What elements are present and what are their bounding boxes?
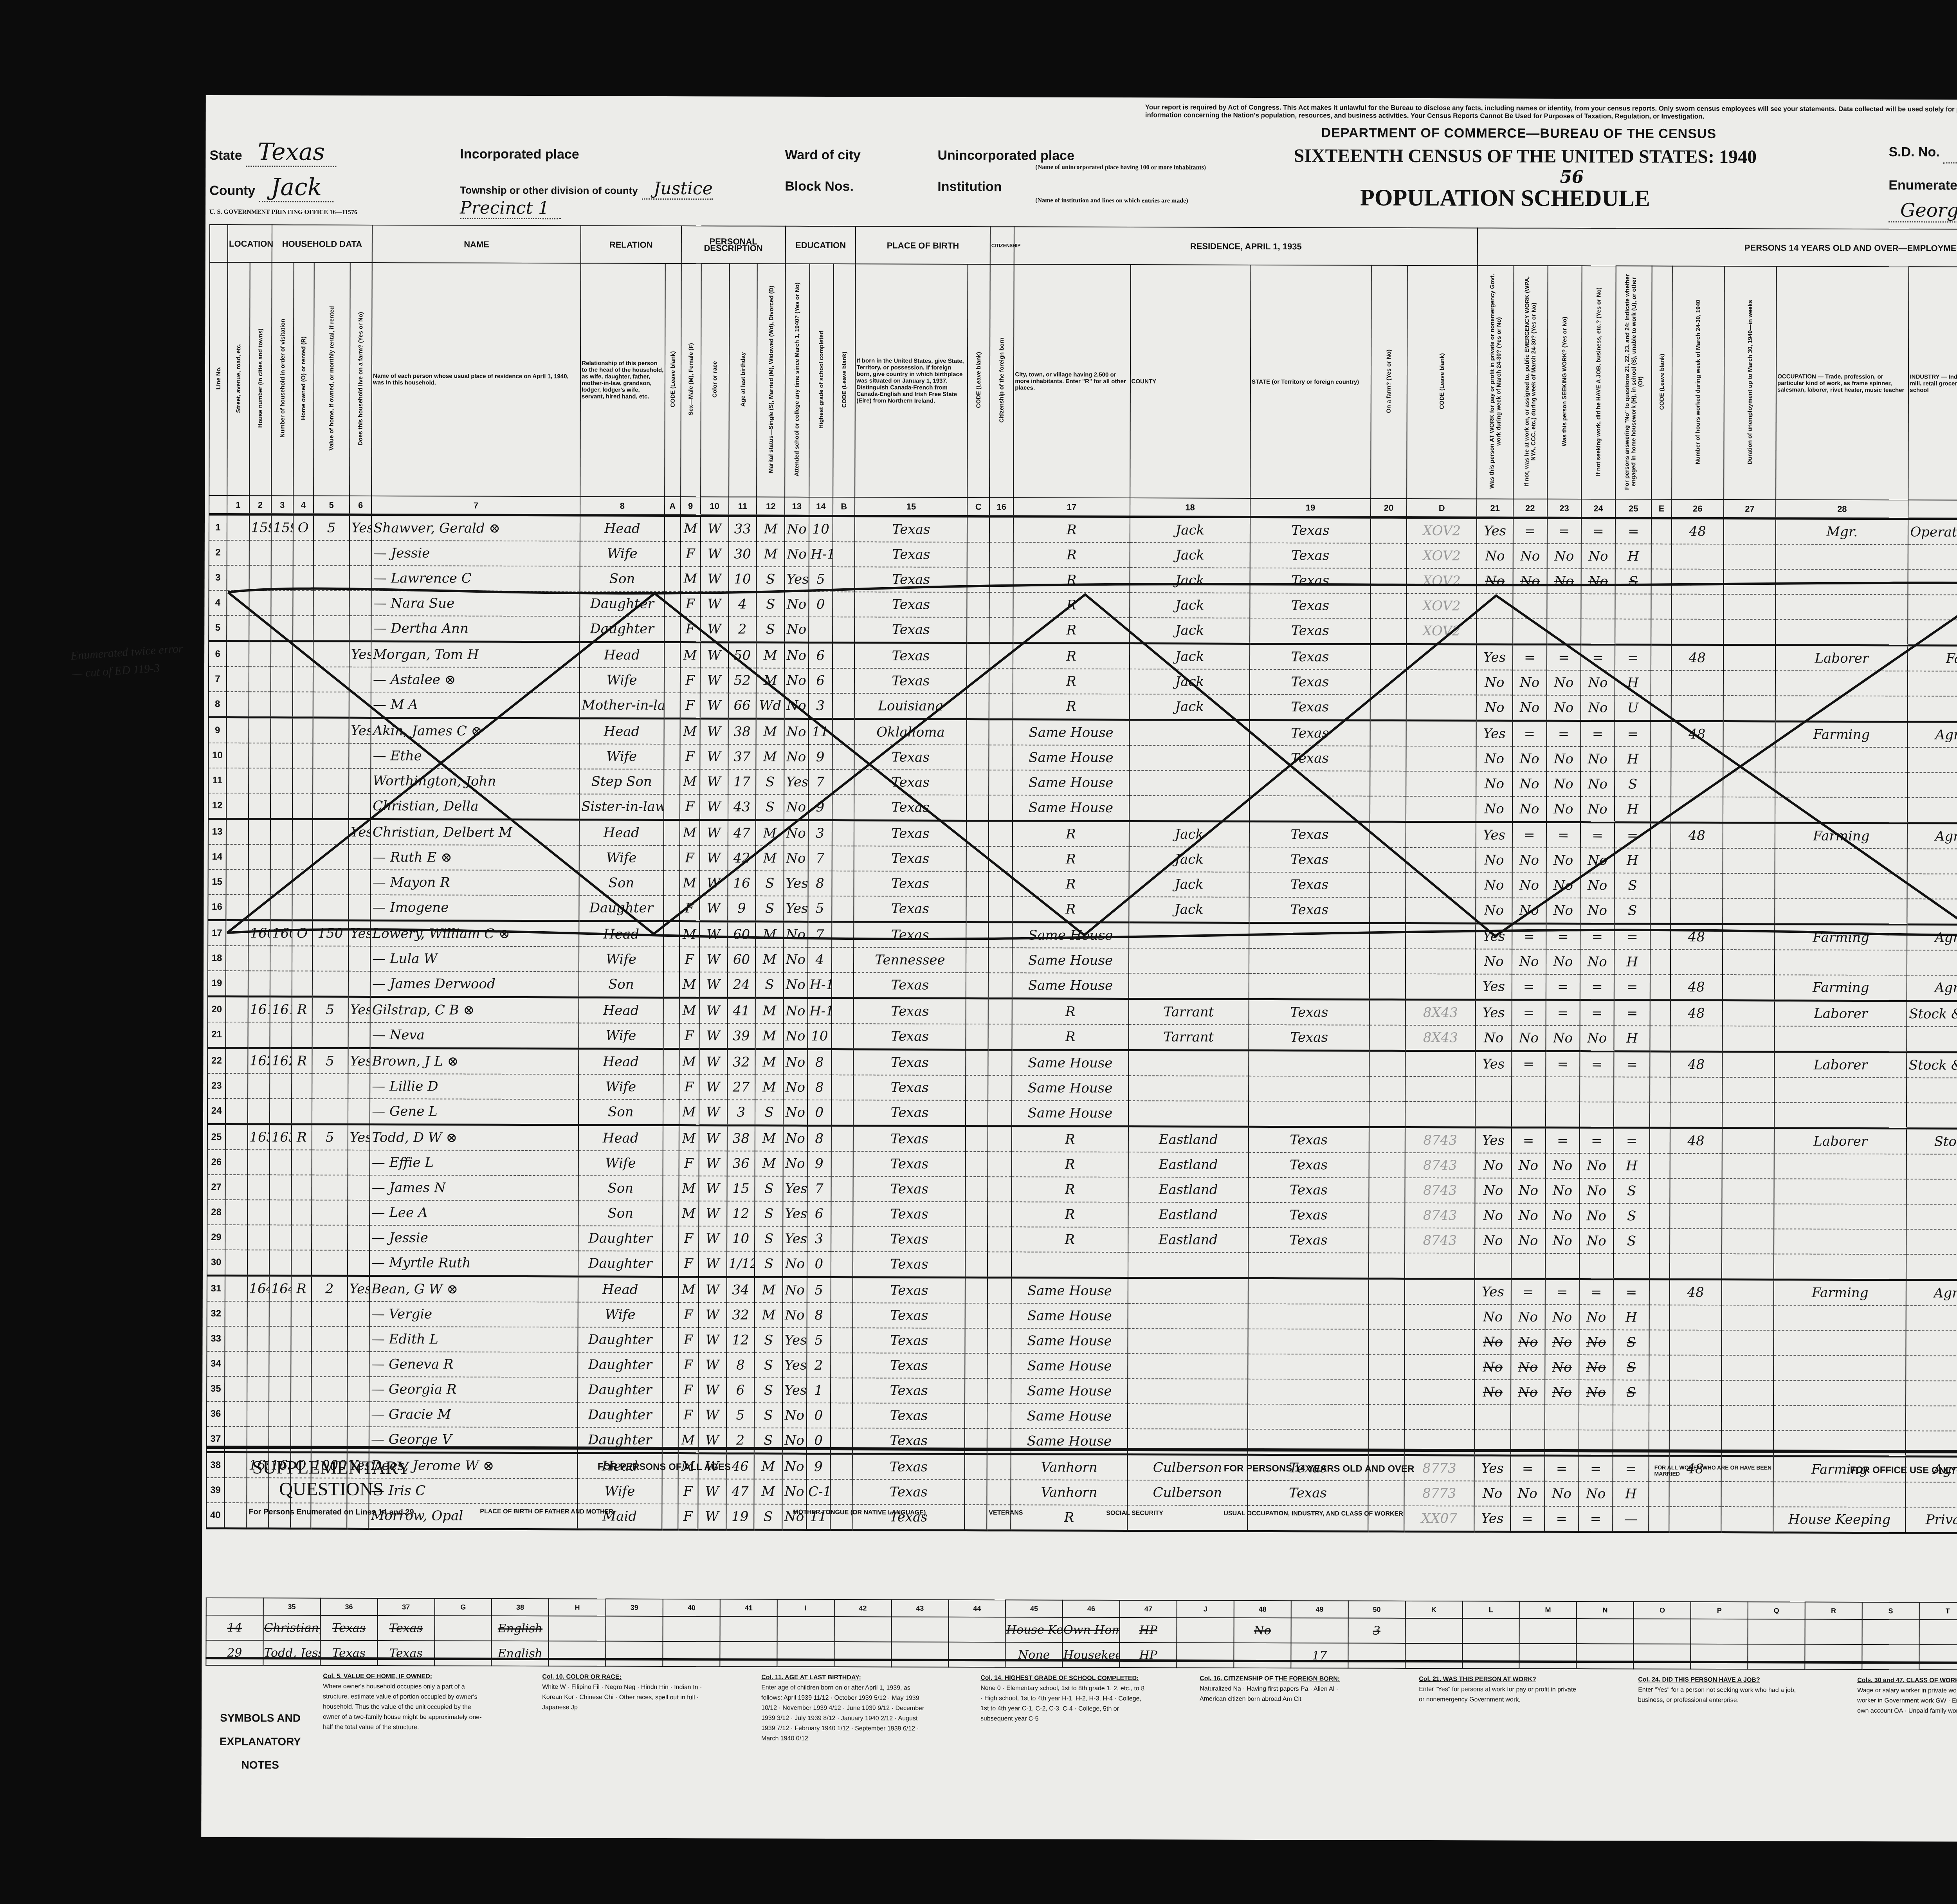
cell-value: 5 [313,515,349,541]
column-number: 19 [1250,498,1371,517]
cell-code-b [832,922,854,948]
cell-age: 33 [728,516,757,541]
cell-job [1581,619,1615,645]
supp-cell-occupation: House Keeper [1006,1617,1063,1642]
cell-seeking: = [1546,974,1580,1000]
cell-house-no [247,1225,270,1250]
cell-res-state [1248,1253,1369,1278]
cell-emergency: No [1511,1228,1545,1253]
unincorporated-note: (Name of unincorporated place having 100… [1035,164,1206,171]
supp-cell-mother: Texas [377,1616,434,1641]
cell-occupation: Farming [1774,1280,1906,1305]
cell-school: No [784,921,808,947]
cell-emergency: = [1512,721,1546,746]
cell-res-state [1249,796,1370,822]
cell-activity: H [1613,1305,1649,1330]
cell-emergency [1512,1102,1546,1128]
cell-code-c [967,694,989,719]
cell-job: = [1579,1279,1613,1305]
cell-relation: Head [579,820,663,846]
cell-job: = [1580,822,1615,848]
cell-sex: F [680,541,700,566]
cell-job: No [1580,848,1615,873]
cell-code-b [833,668,855,693]
cell-weeks-unemployed [1722,1280,1774,1305]
cell-birthplace: Texas [855,617,967,643]
cell-tenure [292,1022,312,1048]
cell-value [312,1099,348,1125]
cell-grade: 5 [807,1328,831,1353]
supp-column-number: 41 [720,1599,777,1616]
cell-line-no: 24 [207,1098,225,1124]
enumerated-date-field: Enumerated by me on23 April, 1940. [1889,168,1957,196]
supp-column-number: I [777,1599,834,1617]
cell-res-farm [1370,796,1406,822]
supp-cell-children: 3 [1348,1618,1405,1643]
cell-household-no: 159 [271,514,294,540]
cell-activity: H [1615,848,1651,873]
cell-code-b [831,1328,853,1353]
cell-tenure: O [293,514,313,540]
cell-code-b [831,1151,854,1176]
cell-farm: Yes [349,718,371,743]
cell-seeking: No [1546,873,1580,898]
cell-code-c [967,516,989,542]
cell-street [225,1326,247,1351]
cell-work: Yes [1476,644,1512,670]
cell-household-no [270,1073,292,1098]
cell-line-no: 34 [207,1351,225,1376]
cell-street [225,1301,247,1326]
cell-res-county [1128,973,1249,999]
cell-res-county [1128,1329,1248,1354]
cell-work: No [1476,873,1512,898]
cell-occupation [1773,1405,1906,1431]
header-marital: Marital status—Single (S), Married (M), … [757,264,785,497]
cell-res-farm [1369,1228,1405,1253]
cell-birthplace: Texas [853,1328,965,1353]
note-heading: Col. 24. DID THIS PERSON HAVE A JOB? [1638,1675,1802,1685]
cell-res-city: R [1013,592,1130,618]
cell-race: W [699,1023,727,1049]
header-birthplace: If born in the United States, give State… [855,264,968,498]
cell-weeks-unemployed [1724,518,1776,544]
cell-job: No [1581,569,1615,594]
cell-industry [1908,747,1957,773]
cell-name: Christian, Delbert M [371,819,579,845]
cell-name: Morgan, Tom H [371,641,580,667]
header-citizenship: Citizenship of the foreign born [989,264,1014,498]
cell-work: No [1475,1354,1511,1379]
cell-race: W [699,1049,727,1075]
cell-res-farm [1370,695,1406,721]
cell-code-d [1406,771,1476,796]
cell-res-farm [1368,1379,1404,1405]
header-res-city: City, town, or village having 2,500 or m… [1013,264,1130,498]
cell-house-no: 159 [249,514,271,540]
cell-res-state: Texas [1248,1228,1369,1253]
cell-weeks-unemployed [1723,619,1775,645]
column-number: D [1407,499,1477,517]
cell-name: — Jessie [369,1225,578,1251]
cell-house-no [248,971,270,997]
cell-value [312,1022,348,1048]
cell-grade: 6 [809,642,833,668]
cell-relation: Mother-in-law [580,692,664,718]
cell-emergency: No [1511,1330,1545,1355]
cell-seeking [1545,1405,1579,1430]
cell-tenure [292,946,312,971]
supp-column-number: K [1405,1601,1462,1618]
cell-grade: 4 [808,947,832,972]
cell-res-county: Jack [1129,669,1250,694]
header-code-d: CODE (Leave blank) [1407,265,1478,499]
cell-occupation [1775,898,1907,924]
cell-code-b [832,846,854,871]
cell-age: 8 [726,1352,755,1378]
cell-race: W [700,668,728,693]
cell-relation: Head [580,515,664,541]
cell-hours [1670,898,1723,924]
cell-res-state [1248,1379,1368,1405]
column-number: 4 [293,496,313,514]
cell-res-state: Texas [1249,872,1370,898]
cell-birthplace: Texas [854,972,966,998]
cell-code-e [1651,518,1671,544]
cell-marital: M [756,668,784,693]
cell-value [312,819,348,845]
cell-farm [348,845,371,870]
cell-line-no: 4 [209,590,227,615]
cell-industry [1906,1356,1957,1381]
cell-age: 50 [728,642,757,668]
cell-race: W [700,642,728,668]
cell-relation: Daughter [578,1402,662,1428]
cell-res-county [1129,720,1250,746]
header-household-no: Number of household in order of visitati… [271,262,294,496]
cell-work: Yes [1476,923,1512,949]
cell-sex: M [679,921,699,947]
cell-relation: Step Son [579,769,663,794]
cell-code-b [833,693,855,719]
cell-res-state [1248,1278,1369,1304]
cell-seeking: No [1545,1203,1579,1228]
cell-relation: Daughter [578,1226,662,1251]
state-field: StateTexas [209,138,337,166]
cell-grade: 8 [807,1049,832,1075]
cell-code-b [833,617,855,643]
header-grade: Highest grade of school completed [809,264,834,497]
column-number: 11 [729,497,757,516]
cell-code-e [1651,619,1671,645]
cell-line-no: 30 [207,1250,225,1276]
supp-cell-language: English [492,1616,549,1641]
cell-name: — Gene L [370,1099,578,1125]
cell-code-b [832,896,854,922]
cell-line-no: 9 [209,717,227,743]
cell-name: — Georgia R [369,1377,578,1402]
column-number: B [833,497,855,516]
cell-emergency: = [1511,1279,1545,1305]
cell-grade: 6 [808,668,833,693]
cell-seeking: = [1546,822,1580,848]
cell-farm [348,1200,370,1225]
cell-code-c [965,1353,988,1378]
cell-household-no [270,894,292,920]
cell-res-state: Texas [1248,1203,1369,1228]
cell-hours [1671,797,1723,823]
cell-industry [1907,1229,1957,1255]
cell-birthplace: Texas [854,871,966,896]
cell-house-no [249,667,271,692]
cell-name: — Neva [370,1022,579,1049]
cell-res-farm [1371,517,1407,543]
cell-res-county: Jack [1130,618,1250,644]
cell-code-e [1651,822,1670,848]
cell-marital: S [755,1226,783,1251]
cell-emergency: No [1511,1380,1545,1405]
cell-birthplace: Louisiana [854,693,967,719]
column-number: 21 [1477,499,1513,517]
cell-industry [1908,570,1957,595]
cell-res-state: Texas [1250,543,1371,568]
cell-tenure [293,590,313,615]
supp-column-number: L [1462,1601,1519,1618]
cell-household-no [270,869,292,894]
cell-code-a [663,896,679,921]
cell-grade: 6 [807,1201,831,1226]
note-block: Col. 24. DID THIS PERSON HAVE A JOB?Ente… [1638,1675,1802,1706]
cell-birthplace: Texas [853,1100,966,1126]
cell-value [312,1150,348,1175]
cell-race: W [701,516,729,541]
cell-code-e [1650,1102,1670,1128]
cell-value [311,1327,347,1352]
cell-res-county [1129,948,1249,974]
cell-household-no: 160 [270,920,292,946]
cell-job: No [1580,1026,1614,1051]
header-industry: INDUSTRY — Industry or business, as cott… [1908,267,1957,500]
cell-name: Akin, James C ⊗ [371,718,580,744]
cell-household-no [269,1175,292,1200]
cell-code-a [664,642,680,668]
cell-code-d [1404,1354,1475,1379]
cell-code-e [1649,1380,1669,1405]
column-number: 17 [1013,498,1130,517]
cell-marital: M [755,1277,783,1303]
cell-farm [349,692,371,718]
cell-code-e [1649,1305,1669,1330]
cell-code-e [1649,1229,1669,1254]
cell-weeks-unemployed [1723,924,1775,950]
cell-farm: Yes [349,819,371,845]
cell-work: No [1475,1329,1511,1354]
cell-code-c [967,770,989,795]
note-heading: Col. 14. HIGHEST GRADE OF SCHOOL COMPLET… [980,1673,1145,1684]
header-work: Was this person AT WORK for pay or profi… [1477,265,1514,499]
cell-code-c [966,820,989,846]
cell-code-e [1651,898,1670,924]
cell-res-city: Same House [1011,1278,1128,1304]
cell-industry [1907,1179,1957,1204]
cell-hours: 48 [1670,1000,1722,1026]
header-emergency: If not, was he at work on, or assigned t… [1513,266,1548,499]
cell-line-no: 19 [208,971,226,997]
cell-name: — Vergie [369,1302,578,1327]
cell-res-county [1129,745,1250,771]
cell-res-state [1249,923,1370,948]
supp-cell-father: Texas [320,1616,377,1641]
cell-res-city: Same House [1012,922,1128,948]
cell-age: 38 [727,1125,755,1151]
cell-occupation [1773,1355,1906,1381]
cell-weeks-unemployed [1723,848,1775,873]
cell-emergency: No [1512,949,1546,974]
cell-weeks-unemployed [1721,1330,1773,1355]
cell-age: 15 [727,1176,755,1201]
cell-emergency: No [1512,848,1546,873]
cell-marital: M [756,846,784,871]
cell-res-state [1248,1304,1369,1329]
cell-industry: Agriculture [1907,823,1957,849]
cell-relation: Daughter [578,1377,662,1403]
cell-code-c [967,617,989,643]
supp-cell-name: Christian, Ruth [263,1615,320,1640]
cell-activity: H [1614,1026,1650,1051]
column-number: 26 [1672,499,1724,518]
cell-house-no [247,1250,269,1276]
cell-hours: 48 [1670,924,1723,950]
cell-res-county [1128,1076,1249,1101]
cell-farm: Yes [349,641,371,667]
cell-code-e [1649,1254,1669,1280]
cell-occupation [1774,1330,1906,1356]
cell-school: No [784,668,809,693]
cell-relation: Son [579,972,663,997]
cell-code-b [831,1075,854,1100]
cell-relation: Sister-in-law [579,794,663,820]
cell-street [225,1175,248,1200]
printing-office-note: U. S. GOVERNMENT PRINTING OFFICE 16—1157… [209,209,357,216]
cell-marital: Wd [756,693,784,719]
cell-res-state [1249,1101,1369,1127]
cell-house-no: 162 [248,1048,270,1074]
cell-marital: M [755,1024,784,1049]
cell-race: W [699,921,728,947]
cell-citizenship [989,592,1013,617]
cell-line-no: 3 [209,565,227,590]
cell-citizenship [987,1303,1011,1328]
cell-res-city: R [1012,1024,1128,1050]
cell-seeking: No [1545,1305,1579,1330]
cell-code-d [1406,898,1476,923]
cell-res-county [1128,1278,1248,1304]
cell-activity: S [1615,873,1651,898]
cell-code-b [831,1378,853,1403]
cell-hours [1670,1179,1722,1204]
cell-code-d [1406,796,1476,822]
cell-work: No [1476,898,1512,923]
cell-work [1475,1253,1511,1279]
cell-work: No [1476,746,1512,771]
cell-weeks-unemployed [1723,569,1775,594]
cell-job [1580,1102,1614,1128]
cell-school: No [784,820,808,846]
cell-res-farm [1369,1025,1405,1051]
column-number: A [665,497,681,516]
cell-birthplace: Oklahoma [854,719,967,745]
column-number: 7 [371,496,580,515]
cell-race: W [698,1352,726,1378]
cell-code-a [663,1075,679,1100]
column-number: 22 [1513,499,1547,518]
column-number: C [967,498,989,516]
cell-job: No [1581,544,1615,569]
cell-occupation [1774,1077,1907,1103]
cell-age: 12 [726,1327,755,1352]
cell-industry [1908,696,1957,722]
cell-grade: H-1 [807,972,832,998]
cell-weeks-unemployed [1721,1305,1773,1330]
cell-street [227,692,249,718]
cell-hours [1671,594,1723,619]
cell-emergency: No [1512,746,1546,772]
cell-name: — Mayon R [371,870,579,895]
cell-street [227,514,249,540]
group-citizenship: CITIZENSHIP [990,227,1015,264]
supplementary-questions: SUPPLEMENTARY QUESTIONS For Persons Enum… [205,1446,1957,1658]
cell-house-no [247,1200,270,1225]
cell-emergency: = [1511,1127,1545,1153]
cell-street [226,819,249,845]
cell-weeks-unemployed [1722,1026,1774,1052]
cell-school: Yes [784,896,808,922]
cell-res-farm [1368,1278,1404,1304]
cell-sex: F [678,1327,698,1352]
cell-race: W [699,998,727,1024]
cell-birthplace: Texas [854,770,967,795]
cell-code-b [832,795,854,820]
cell-res-farm [1368,1405,1404,1430]
cell-school: No [783,1049,807,1075]
cell-marital: S [756,617,784,643]
cell-race: W [698,1302,726,1327]
cell-street [225,1225,247,1250]
note-block: Cols. 30 and 47. CLASS OF WORKER:Wage or… [1857,1675,1957,1716]
cell-code-a [662,1327,678,1352]
cell-value: 5 [312,997,348,1022]
cell-value [312,895,348,921]
cell-res-city: R [1013,871,1129,897]
cell-citizenship [988,1202,1012,1227]
cell-line-no: 2 [209,540,227,565]
cell-value [313,768,349,793]
cell-house-no: 164 [247,1276,269,1302]
cell-activity: S [1613,1380,1649,1405]
cell-tenure [292,793,312,819]
cell-line-no: 1 [209,514,227,540]
cell-code-d [1404,1329,1475,1354]
cell-age: 9 [728,896,756,921]
cell-farm [349,768,371,793]
cell-household-no [271,615,293,641]
cell-weeks-unemployed [1723,1001,1775,1026]
cell-res-farm [1370,618,1406,644]
cell-code-a [663,972,679,998]
cell-race: W [699,947,728,972]
cell-emergency: = [1512,923,1546,949]
cell-school: No [783,1277,807,1303]
